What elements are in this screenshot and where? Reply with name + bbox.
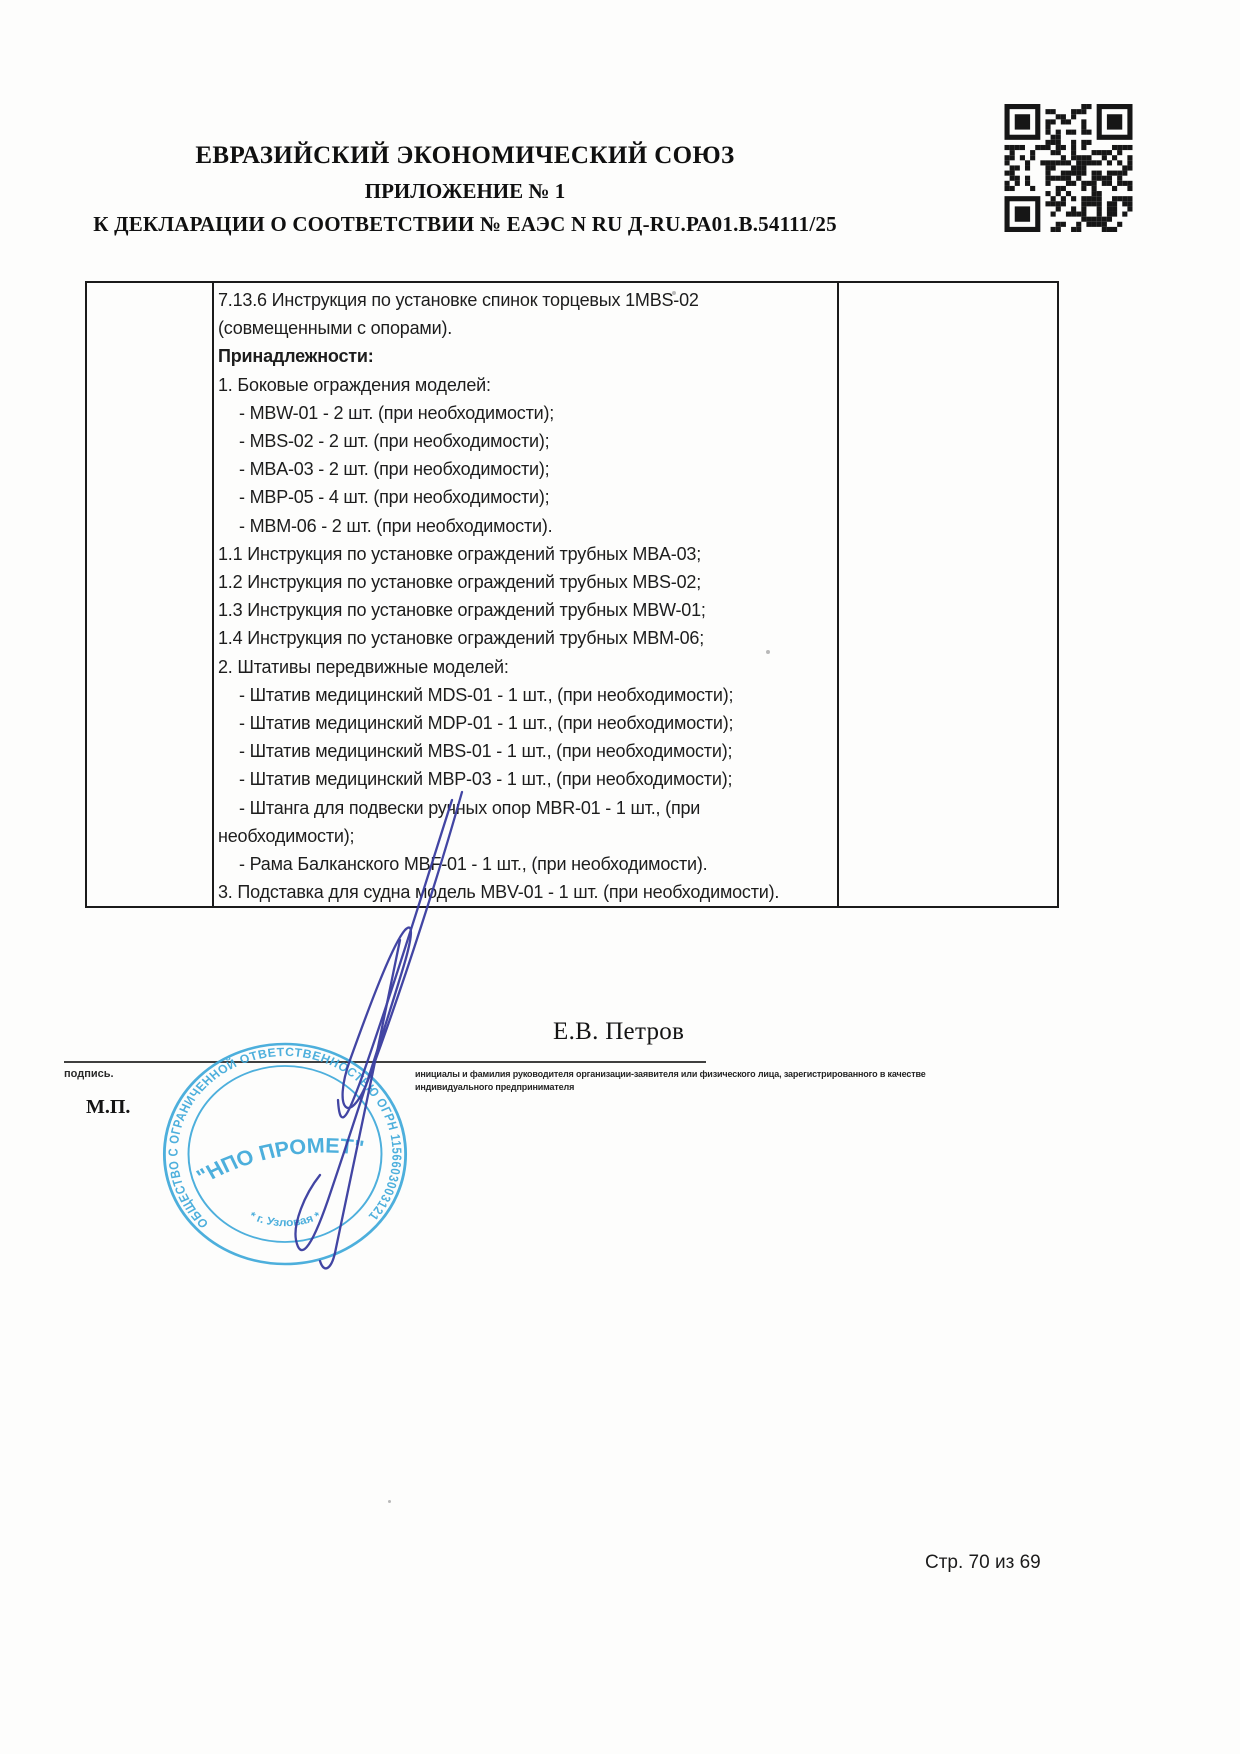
document-page: ЕВРАЗИЙСКИЙ ЭКОНОМИЧЕСКИЙ СОЮЗ ПРИЛОЖЕНИ… — [0, 0, 1240, 1754]
table-row: 1.1 Инструкция по установке ограждений т… — [218, 540, 831, 568]
signatory-caption-line2: индивидуального предпринимателя — [415, 1081, 926, 1094]
table-row: - MBA-03 - 2 шт. (при необходимости); — [218, 455, 831, 483]
signatory-caption-line1: инициалы и фамилия руководителя организа… — [415, 1068, 926, 1081]
table-row: 2. Штативы передвижные моделей: — [218, 653, 831, 681]
seal-place-label: М.П. — [86, 1096, 130, 1119]
stamp-city-text: * г. Узловая * — [247, 1210, 323, 1229]
qr-code-icon — [1002, 104, 1135, 232]
scan-speck — [388, 1500, 391, 1503]
table-row: - MBW-01 - 2 шт. (при необходимости); — [218, 399, 831, 427]
signature-label: подпись. — [64, 1068, 114, 1080]
header-annex-title: ПРИЛОЖЕНИЕ № 1 — [85, 179, 845, 204]
table-row: - Штатив медицинский MDS-01 - 1 шт., (пр… — [218, 681, 831, 709]
table-row: - MBP-05 - 4 шт. (при необходимости); — [218, 483, 831, 511]
table-row: 1.4 Инструкция по установке ограждений т… — [218, 624, 831, 652]
table-row: 3. Подставка для судна модель MBV-01 - 1… — [218, 878, 831, 906]
table-row: (совмещенными с опорами). — [218, 314, 831, 342]
signatory-name: Е.В. Петров — [553, 1018, 684, 1046]
scan-speck — [766, 650, 770, 654]
header-union-title: ЕВРАЗИЙСКИЙ ЭКОНОМИЧЕСКИЙ СОЮЗ — [85, 142, 845, 170]
table-row: 1. Боковые ограждения моделей: — [218, 371, 831, 399]
company-stamp: ОБЩЕСТВО С ОГРАНИЧЕННОЙ ОТВЕТСТВЕННОСТЬЮ… — [160, 1040, 410, 1268]
table-row: 1.3 Инструкция по установке ограждений т… — [218, 596, 831, 624]
table-row: 1.2 Инструкция по установке ограждений т… — [218, 568, 831, 596]
table-row: - Штанга для подвески ручных опор MBR-01… — [218, 794, 831, 822]
table-row: необходимости); — [218, 822, 831, 850]
scan-speck — [672, 291, 676, 295]
content-table: 7.13.6 Инструкция по установке спинок то… — [85, 281, 1059, 908]
table-row: - Штатив медицинский MBS-01 - 1 шт., (пр… — [218, 737, 831, 765]
table-row: Принадлежности: — [218, 342, 831, 370]
header-declaration-number: К ДЕКЛАРАЦИИ О СООТВЕТСТВИИ № ЕАЭС N RU … — [85, 212, 845, 237]
signatory-caption: инициалы и фамилия руководителя организа… — [415, 1068, 926, 1094]
table-row: - MBS-02 - 2 шт. (при необходимости); — [218, 427, 831, 455]
svg-text:"НПО ПРОМЕТ": "НПО ПРОМЕТ" — [192, 1133, 366, 1188]
page-number: Стр. 70 из 69 — [925, 1552, 1041, 1574]
table-left-column — [87, 283, 214, 906]
table-text-cell: 7.13.6 Инструкция по установке спинок то… — [214, 283, 839, 906]
table-row: 7.13.6 Инструкция по установке спинок то… — [218, 286, 831, 314]
table-row: - Штатив медицинский MDP-01 - 1 шт., (пр… — [218, 709, 831, 737]
svg-text:* г. Узловая *: * г. Узловая * — [247, 1210, 323, 1229]
stamp-center-text: "НПО ПРОМЕТ" — [192, 1133, 366, 1188]
document-header: ЕВРАЗИЙСКИЙ ЭКОНОМИЧЕСКИЙ СОЮЗ ПРИЛОЖЕНИ… — [85, 142, 845, 237]
table-right-column — [839, 283, 1057, 906]
table-row: - Рама Балканского MBF-01 - 1 шт., (при … — [218, 850, 831, 878]
table-row: - Штатив медицинский MBP-03 - 1 шт., (пр… — [218, 765, 831, 793]
table-row: - MBM-06 - 2 шт. (при необходимости). — [218, 512, 831, 540]
